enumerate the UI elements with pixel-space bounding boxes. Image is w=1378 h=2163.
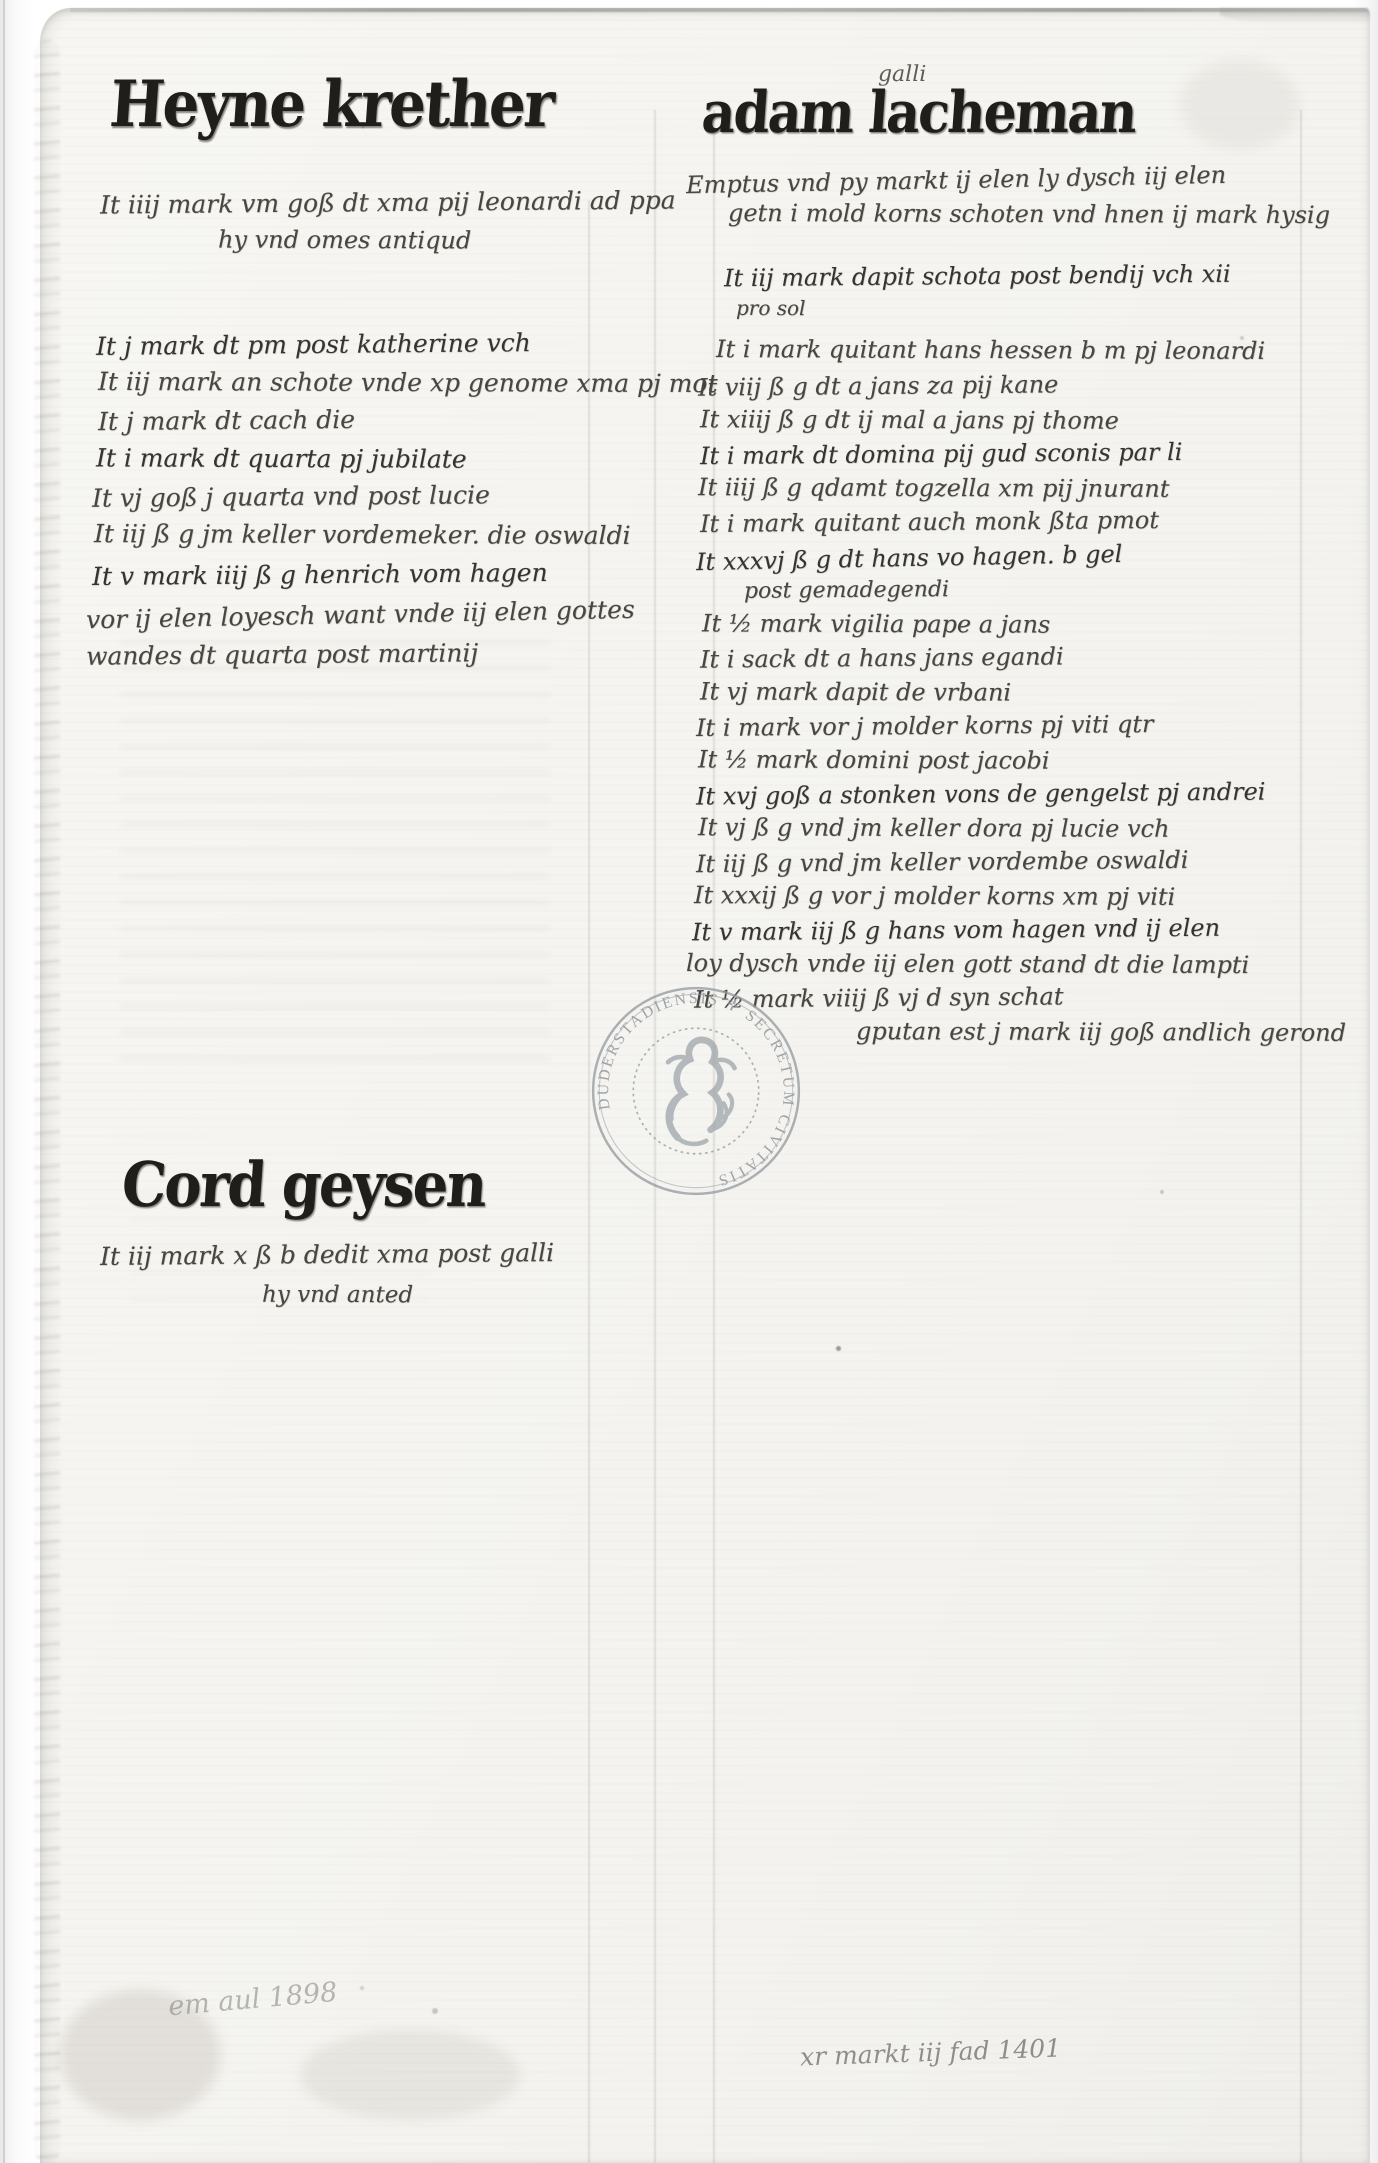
manuscript-line: hy vnd omes antiqud: [218, 226, 471, 255]
manuscript-line: It v mark iij ß g hans vom hagen vnd ij …: [692, 914, 1220, 947]
ink-speck: [836, 1346, 841, 1351]
manuscript-line: It i mark vor j molder korns pj viti qtr: [696, 710, 1154, 742]
manuscript-line: It xiiij ß g dt ij mal a jans pj thome: [700, 405, 1119, 434]
stain-blotch: [300, 2030, 520, 2120]
manuscript-line: wandes dt quarta post martinij: [86, 638, 478, 670]
manuscript-line: It j mark dt pm post katherine vch: [96, 328, 531, 361]
seal-graphic: DUDERSTADIENSIS ✛ SECRETUM CIVITATIS: [577, 969, 815, 1212]
manuscript-line: It vj goß j quarta vnd post lucie: [92, 480, 490, 512]
ink-speck: [1160, 1190, 1164, 1194]
manuscript-line: It v mark iiij ß g henrich vom hagen: [92, 558, 548, 591]
manuscript-line: It iij ß g vnd jm keller vordembe oswald…: [696, 846, 1189, 878]
manuscript-scan: Heyne krether It iiij mark vm goß dt xma…: [0, 0, 1378, 2163]
ink-speck: [1240, 336, 1244, 340]
scan-edge-line: [3, 0, 5, 2163]
manuscript-line: It iij mark an schote vnde xp genome xma…: [98, 367, 718, 398]
manuscript-line: gputan est j mark iij goß andlich gerond: [856, 1017, 1346, 1047]
manuscript-line: It iij mark x ß b dedit xma post galli: [100, 1238, 554, 1271]
manuscript-line: It i sack dt a hans jans egandi: [700, 642, 1064, 673]
archive-seal-stamp: DUDERSTADIENSIS ✛ SECRETUM CIVITATIS: [577, 969, 815, 1212]
manuscript-line: pro sol: [736, 296, 806, 320]
manuscript-line: It xvj goß a stonken vons de gengelst pj…: [696, 778, 1266, 811]
scan-background-left: [0, 0, 38, 2163]
seal-outer-ring-inner: [590, 985, 803, 1198]
manuscript-line: It iiij ß g qdamt togzella xm pij jnuran…: [698, 473, 1170, 503]
manuscript-line: loy dysch vnde iij elen gott stand dt di…: [686, 949, 1249, 979]
manuscript-line: It xxxij ß g vor j molder korns xm pj vi…: [694, 881, 1175, 911]
manuscript-line: It vj ß g vnd jm keller dora pj lucie vc…: [698, 813, 1170, 843]
manuscript-line: It iij mark dapit schota post bendij vch…: [724, 260, 1231, 292]
seal-outer-ring: [583, 978, 809, 1204]
manuscript-line: It i mark quitant auch monk ßta pmot: [700, 506, 1159, 538]
manuscript-line: getn i mold korns schoten vnd hnen ij ma…: [728, 199, 1330, 229]
manuscript-line: It iij ß g jm keller vordemeker. die osw…: [94, 519, 631, 550]
entry-heading-adam-lacheman: adam lacheman: [700, 79, 1138, 146]
manuscript-line: It vj mark dapit de vrbani: [700, 677, 1011, 706]
manuscript-line: It viij ß g dt a jans za pij kane: [698, 370, 1059, 401]
lion-rampant-icon: [660, 1037, 739, 1148]
manuscript-line: It iiij mark vm goß dt xma pij leonardi …: [100, 185, 676, 219]
manuscript-line: hy vnd anted: [262, 1282, 413, 1309]
entry-heading-heyne-krether: Heyne krether: [107, 67, 555, 142]
manuscript-line: It i mark dt quarta pj jubilate: [96, 443, 467, 473]
seal-legend-text: DUDERSTADIENSIS ✛ SECRETUM CIVITATIS: [585, 980, 806, 1196]
torn-left-edge: [34, 40, 60, 2163]
ink-speck: [360, 1986, 364, 1990]
fold-crease: [1300, 110, 1302, 2163]
stain-blotch: [1180, 60, 1300, 150]
manuscript-line: It i mark quitant hans hessen b m pj leo…: [716, 335, 1265, 365]
manuscript-line: It ½ mark vigilia pape a jans: [702, 609, 1050, 638]
page-top-edge: [70, 8, 1368, 12]
manuscript-line: It i mark dt domina pij gud sconis par l…: [700, 438, 1183, 470]
manuscript-line: It ½ mark domini post jacobi: [698, 745, 1050, 774]
manuscript-line: It j mark dt cach die: [98, 405, 355, 436]
bleed-through: [120, 640, 550, 1060]
ink-speck: [432, 2008, 438, 2014]
entry-heading-cord-geysen: Cord geysen: [119, 1149, 487, 1222]
manuscript-line: post gemadegendi: [744, 577, 949, 604]
